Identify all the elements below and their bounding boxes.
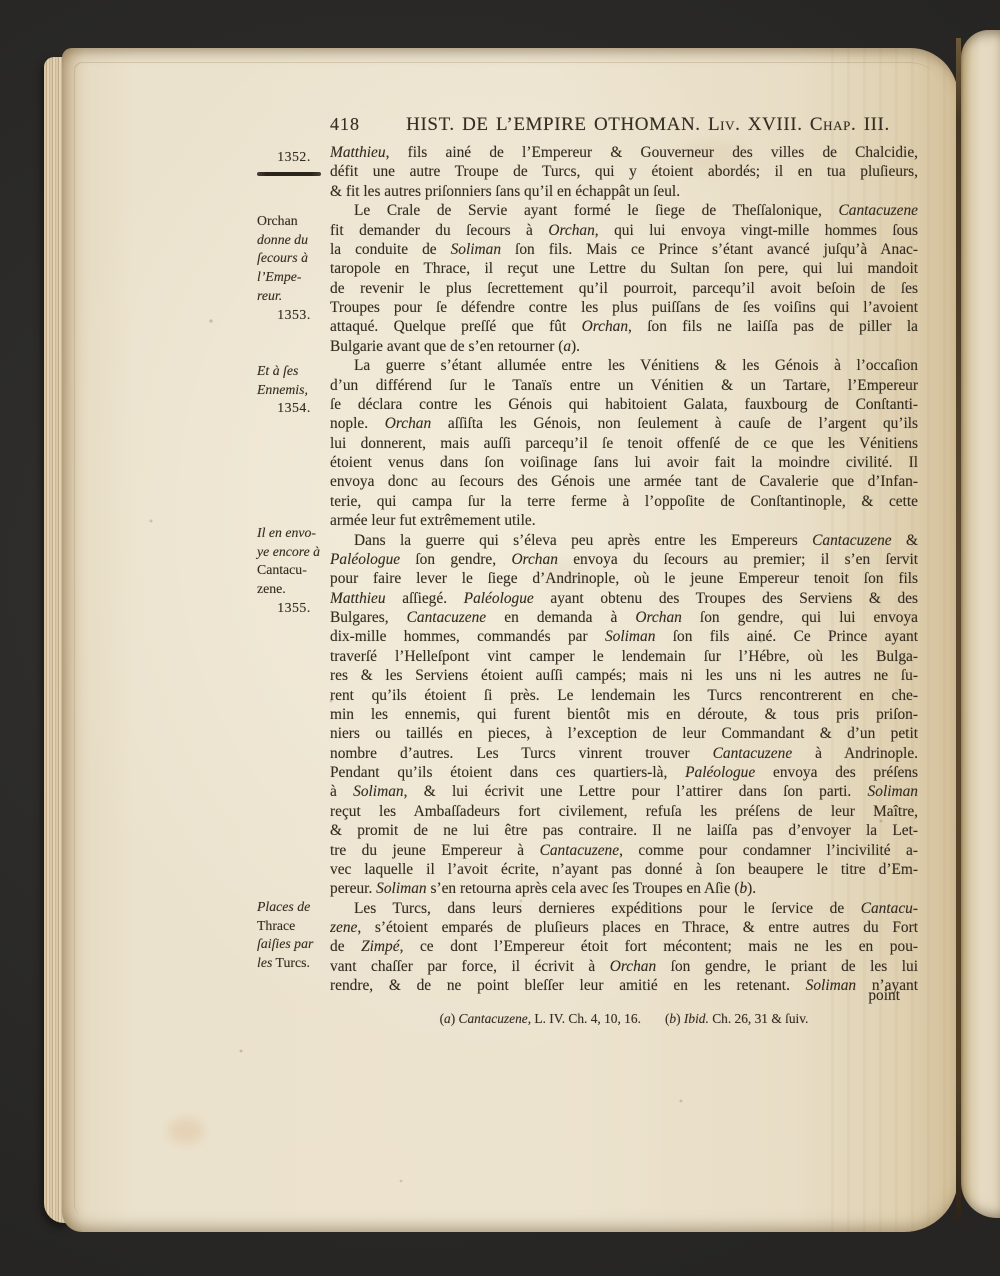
body-line: pereur. Soliman s’en retourna après cela…	[330, 879, 918, 898]
margin-note-line: Places de	[257, 898, 331, 917]
margin-note: Places deThraceſaiſies parles Turcs.	[257, 898, 331, 973]
margin-note: 1352.	[257, 148, 331, 176]
body-line: vant chaſſer par force, il écrivit à Orc…	[330, 957, 918, 976]
catchword: point	[330, 987, 900, 1005]
body-line: niers ou taillés en pieces, à l’exceptio…	[330, 724, 918, 743]
book-scan: 418 HIST. DE L’EMPIRE OTHOMAN. Liv. XVII…	[0, 0, 1000, 1276]
body-line: Bulgarie avant que de s’en retourner (a)…	[330, 337, 918, 356]
body-line: vec laquelle il l’avoit écrite, n’ayant …	[330, 860, 918, 879]
body-line: attaqué. Quelque preſſé que fût Orchan, …	[330, 317, 918, 336]
margin-note: Orchandonne duſecours àl’Empe-reur.1353.	[257, 212, 331, 324]
body-line: étoient venus dans ſon voiſinage ſans lu…	[330, 453, 918, 472]
body-line: Troupes pour ſe défendre contre les plus…	[330, 298, 918, 317]
margin-note-line: Thrace	[257, 917, 331, 936]
body-text: Matthieu, fils ainé de l’Empereur & Gouv…	[330, 143, 918, 996]
body-line: Matthieu, fils ainé de l’Empereur & Gouv…	[330, 143, 918, 162]
margin-note-line: les Turcs.	[257, 954, 331, 973]
margin-note-line: 1353.	[257, 306, 331, 325]
body-line: & promit de ne lui être pas contraire. I…	[330, 821, 918, 840]
body-line: & fit les autres priſonniers ſans qu’il …	[330, 182, 918, 201]
page-number: 418	[330, 114, 378, 135]
body-line: reçut les Ambaſſadeurs fort civilement, …	[330, 802, 918, 821]
body-line: défit une autre Troupe de Turcs, qui y é…	[330, 162, 918, 181]
footnote-a: (a) Cantacuzene, L. IV. Ch. 4, 10, 16.	[440, 1011, 641, 1027]
body-line: Paléologue ſon gendre, Orchan envoya du …	[330, 550, 918, 569]
body-line: dix-mille hommes, commandés par Soliman …	[330, 627, 918, 646]
body-line: Dans la guerre qui s’éleva peu après ent…	[330, 531, 918, 550]
margin-note-line: ye encore à	[257, 543, 331, 562]
body-line: de Zimpé, ce dont l’Empereur étoit fort …	[330, 937, 918, 956]
paper-speckles	[0, 0, 2, 2]
body-line: la conduite de Soliman ſon fils. Mais ce…	[330, 240, 918, 259]
body-line: terie, qui campa ſur la terre ferme à l’…	[330, 492, 918, 511]
running-header: 418 HIST. DE L’EMPIRE OTHOMAN. Liv. XVII…	[330, 114, 918, 136]
footnote-b: (b) Ibid. Ch. 26, 31 & ſuiv.	[665, 1011, 808, 1027]
margin-note-line: l’Empe-	[257, 268, 331, 287]
body-line: armée leur fut extrêmement utile.	[330, 511, 918, 530]
margin-note-line: reur.	[257, 287, 331, 306]
margin-note-line: Il en envo-	[257, 524, 331, 543]
body-line: de revenir le plus ſecrettement qu’il po…	[330, 279, 918, 298]
body-line: d’un différend ſur le Tanaïs entre un Vé…	[330, 376, 918, 395]
body-line: à Soliman, & lui écrivit une Lettre pour…	[330, 782, 918, 801]
margin-note-line: Orchan	[257, 212, 331, 231]
margin-note-line: Cantacu-	[257, 561, 331, 580]
margin-note-line: ſaiſies par	[257, 935, 331, 954]
body-line: Le Crale de Servie ayant formé le ſiege …	[330, 201, 918, 220]
margin-note-line: Et à ſes	[257, 362, 331, 381]
body-line: zene, s’étoient emparés de pluſieurs pla…	[330, 918, 918, 937]
running-title: HIST. DE L’EMPIRE OTHOMAN. Liv. XVIII. C…	[378, 114, 918, 136]
paper-stain	[168, 1118, 204, 1144]
body-line: tre du jeune Empereur à Cantacuzene, com…	[330, 841, 918, 860]
body-line: envoya donc au ſecours des Génois une ar…	[330, 472, 918, 491]
body-line: Bulgares, Cantacuzene en demanda à Orcha…	[330, 608, 918, 627]
footnote: (a) Cantacuzene, L. IV. Ch. 4, 10, 16. (…	[330, 1011, 918, 1027]
margin-note-line: ſecours à	[257, 249, 331, 268]
margin-note-line: Ennemis,	[257, 381, 331, 400]
section-rule	[257, 172, 321, 176]
body-line: res & les Serviens étoient auſſi campés;…	[330, 666, 918, 685]
margin-note: Et à ſesEnnemis,1354.	[257, 362, 331, 418]
body-line: min les ennemis, qui furent bientôt mis …	[330, 705, 918, 724]
body-line: fit demander du ſecours à Orchan, qui lu…	[330, 221, 918, 240]
margin-note-line: 1355.	[257, 599, 331, 618]
body-line: Pendant qu’ils étoient dans ces quartier…	[330, 763, 918, 782]
body-line: Matthieu aſſiegé. Paléologue ayant obten…	[330, 589, 918, 608]
body-line: Les Turcs, dans leurs dernieres expéditi…	[330, 899, 918, 918]
margin-note-line: 1354.	[257, 399, 331, 418]
body-line: lui donnerent, mais auſſi parcequ’il ſe …	[330, 434, 918, 453]
body-line: nople. Orchan aſſiſta les Génois, non ſe…	[330, 414, 918, 433]
body-line: nombre d’autres. Les Turcs vinrent trouv…	[330, 744, 918, 763]
body-line: La guerre s’étant allumée entre les Véni…	[330, 356, 918, 375]
facing-page-edge	[961, 30, 1000, 1218]
body-line: ſe déclara contre les Génois qui habitoi…	[330, 395, 918, 414]
body-line: pour faire lever le ſiege d’Andrinople, …	[330, 569, 918, 588]
body-line: rent qu’ils étoient ſi près. Le lendemai…	[330, 686, 918, 705]
margin-note-line: donne du	[257, 231, 331, 250]
body-line: taropole en Thrace, il reçut une Lettre …	[330, 259, 918, 278]
margin-note-line: zene.	[257, 580, 331, 599]
margin-note-line: 1352.	[257, 148, 331, 167]
margin-note: Il en envo-ye encore àCantacu-zene.1355.	[257, 524, 331, 618]
body-line: traverſé l’Helleſpont vint camper le len…	[330, 647, 918, 666]
